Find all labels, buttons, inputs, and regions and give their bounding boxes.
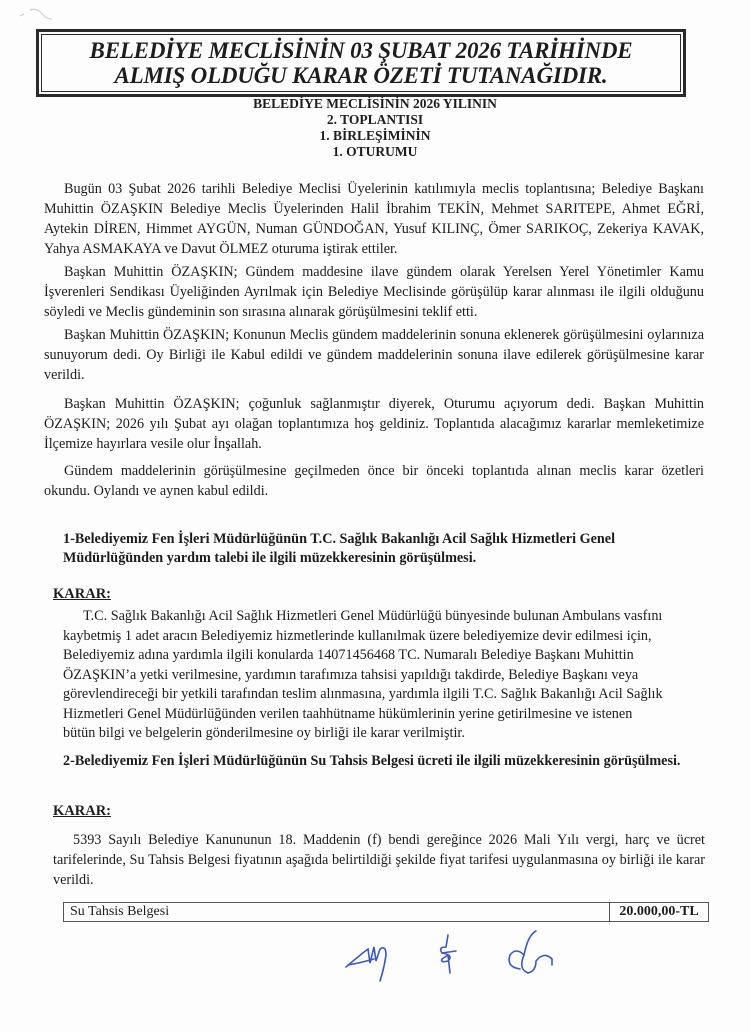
document-title-box: BELEDİYE MECLİSİNİN 03 ŞUBAT 2026 TARİHİ…: [36, 29, 686, 97]
additional-agenda-paragraph: Başkan Muhittin ÖZAŞKIN; Gündem maddesin…: [44, 262, 704, 322]
previous-minutes-paragraph: Gündem maddelerinin görüşülmesine geçilm…: [44, 461, 704, 501]
agenda-item-2-title: 2-Belediyemiz Fen İşleri Müdürlüğünün Su…: [63, 752, 683, 771]
signatures: [330, 925, 630, 1005]
attendance-paragraph: Bugün 03 Şubat 2026 tarihli Belediye Mec…: [44, 179, 704, 259]
agenda-item-2-decision-label: KARAR:: [53, 803, 111, 820]
subheading-line-2: 2. TOPLANTISI: [0, 112, 750, 128]
session-subheading: BELEDİYE MECLİSİNİN 2026 YILININ 2. TOPL…: [0, 96, 750, 160]
title-line-1: BELEDİYE MECLİSİNİN 03 ŞUBAT 2026 TARİHİ…: [90, 38, 633, 63]
subheading-line-1: BELEDİYE MECLİSİNİN 2026 YILININ: [0, 96, 750, 112]
scan-artifact-mark: [18, 6, 58, 24]
agenda-item-2-decision-text: 5393 Sayılı Belediye Kanununun 18. Madde…: [53, 830, 705, 890]
fee-item-name: Su Tahsis Belgesi: [64, 903, 610, 922]
agenda-item-1-decision-label: KARAR:: [53, 586, 111, 603]
subheading-line-3: 1. BİRLEŞİMİNİN: [0, 128, 750, 144]
fee-table: Su Tahsis Belgesi 20.000,00-TL: [63, 902, 709, 922]
signature-3-icon: [509, 931, 552, 973]
document-title: BELEDİYE MECLİSİNİN 03 ŞUBAT 2026 TARİHİ…: [41, 34, 681, 92]
signature-2-icon: [441, 935, 456, 973]
agenda-item-1-title: 1-Belediyemiz Fen İşleri Müdürlüğünün T.…: [63, 530, 693, 568]
signature-1-icon: [346, 947, 386, 981]
fee-amount: 20.000,00-TL: [610, 903, 709, 922]
session-opening-paragraph: Başkan Muhittin ÖZAŞKIN; çoğunluk sağlan…: [44, 394, 704, 454]
title-line-2: ALMIŞ OLDUĞU KARAR ÖZETİ TUTANAĞIDIR.: [115, 63, 608, 88]
vote-paragraph: Başkan Muhittin ÖZAŞKIN; Konunun Meclis …: [44, 325, 704, 385]
subheading-line-4: 1. OTURUMU: [0, 144, 750, 160]
agenda-item-1-decision-text: T.C. Sağlık Bakanlığı Acil Sağlık Hizmet…: [63, 607, 663, 744]
table-row: Su Tahsis Belgesi 20.000,00-TL: [64, 903, 709, 922]
